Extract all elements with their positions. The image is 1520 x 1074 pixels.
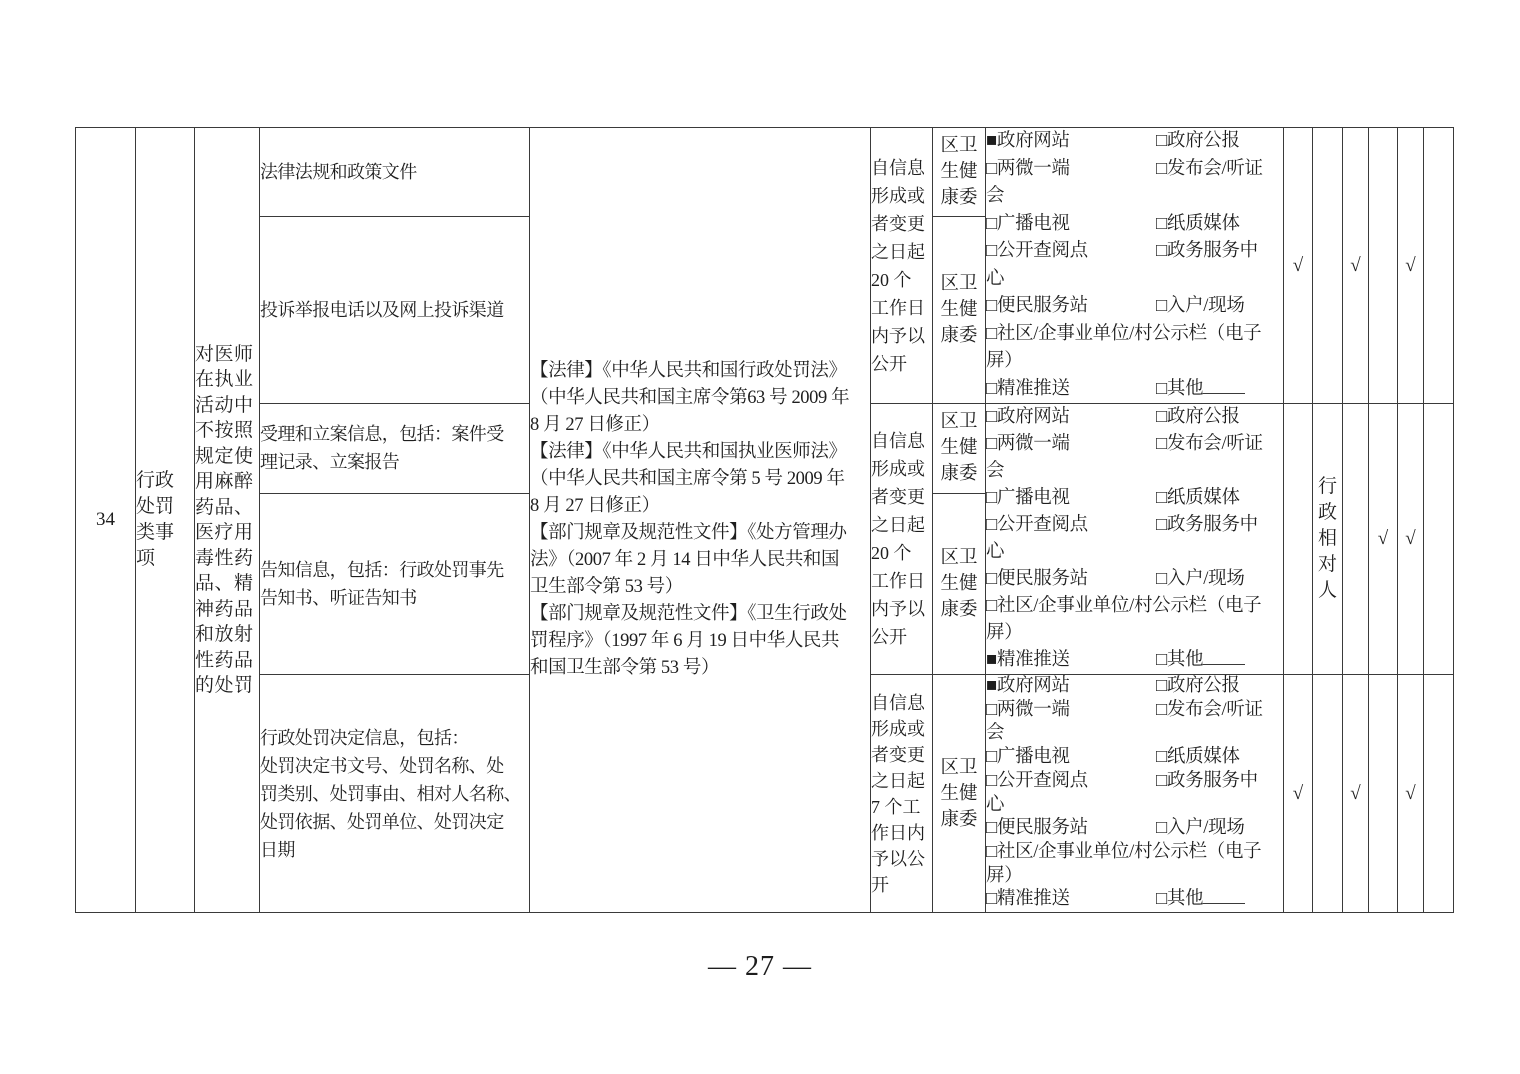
checkbox-checked-option: ■精准推送 (986, 647, 1156, 674)
text-line: 作日内 (871, 820, 932, 846)
text-line: 工作日 (871, 567, 932, 595)
text-line: 投诉举报电话以及网上投诉渠道 (260, 296, 529, 324)
page-number: — 27 — (708, 951, 812, 983)
text-line: 告知书、听证告知书 (260, 584, 529, 612)
flag-cell (1424, 404, 1454, 675)
channel-option-line: □精准推送□其他 (986, 888, 1283, 912)
text-line: 者变更 (871, 742, 932, 768)
text-line: 【法律】《中华人民共和国执业医师法》 (530, 439, 870, 466)
channel-option-line: □精准推送□其他 (986, 376, 1283, 404)
checkbox-option: □其他 (1156, 889, 1203, 909)
flag-cell (1424, 128, 1454, 404)
checkbox-option: 心 (986, 539, 1156, 566)
content-item-cell: 行政处罚决定信息，包括：处罚决定书文号、处罚名称、处罚类别、处罚事由、相对人名称… (260, 675, 530, 913)
checkbox-option: □发布会/听证 (1156, 159, 1263, 179)
checkbox-option: □政府公报 (1156, 131, 1240, 151)
text-line: 8 月 27 日修正） (530, 412, 870, 439)
channel-option-line: □便民服务站□入户/现场 (986, 566, 1283, 593)
text-line: 医疗用 (195, 520, 259, 546)
text-line: 20 个 (871, 266, 932, 294)
checkbox-option: □发布会/听证 (1156, 434, 1263, 454)
audience-cell (1313, 128, 1343, 404)
checkbox-option: □精准推送 (986, 888, 1156, 912)
text-line: 对 (1313, 552, 1342, 578)
checkbox-option: □发布会/听证 (1156, 700, 1263, 720)
checkbox-checked-option: ■政府网站 (986, 128, 1156, 156)
checkbox-option: □政府网站 (986, 404, 1156, 431)
text-line: 者变更 (871, 210, 932, 238)
channel-option-line: □社区/企事业单位/村公示栏（电子 (986, 593, 1283, 620)
text-line: 生健 (933, 571, 985, 597)
text-line: √ (1369, 526, 1397, 552)
text-line: 毒性药 (195, 546, 259, 572)
checkbox-option: 屏） (986, 348, 1156, 376)
disclosure-subject-cell: 区卫生健康委 (933, 404, 986, 494)
content-item-cell: 法律法规和政策文件 (260, 128, 530, 217)
checkbox-option: 会 (986, 458, 1156, 485)
text-line: 公开 (871, 623, 932, 651)
channel-option-line: ■精准推送□其他 (986, 647, 1283, 674)
text-line: 康委 (933, 185, 985, 211)
text-line: （中华人民共和国主席令第63 号 2009 年 (530, 385, 870, 412)
text-line: 行 (1313, 474, 1342, 500)
text-line: √ (1398, 253, 1423, 279)
text-line: 处罚依据、处罚单位、处罚决定 (260, 808, 529, 836)
channel-option-line: □广播电视□纸质媒体 (986, 211, 1283, 239)
content-item-cell: 投诉举报电话以及网上投诉渠道 (260, 216, 530, 403)
text-line: 卫生部令第 53 号） (530, 574, 870, 601)
text-line: 理记录、立案报告 (260, 448, 529, 476)
channel-option-line: □便民服务站□入户/现场 (986, 293, 1283, 321)
checkbox-option: □政务服务中 (1156, 771, 1258, 791)
text-line: 对医师 (195, 342, 259, 368)
text-line: 法》（2007 年 2 月 14 日中华人民共和国 (530, 547, 870, 574)
checkbox-option: □入户/现场 (1156, 569, 1245, 589)
text-line: 不按照 (195, 418, 259, 444)
checkbox-option: □公开查阅点 (986, 238, 1156, 266)
flag-cell (1343, 404, 1369, 675)
text-line: 神药品 (195, 597, 259, 623)
text-line: 公开 (871, 350, 932, 378)
text-line: 【部门规章及规范性文件】《处方管理办 (530, 520, 870, 547)
matter-description-cell: 对医师在执业活动中不按照规定使用麻醉药品、医疗用毒性药品、精神药品和放射性药品的… (195, 128, 260, 913)
flag-cell (1369, 675, 1398, 913)
text-line: 政 (1313, 500, 1342, 526)
flag-cell (1424, 675, 1454, 913)
text-line: 开 (871, 872, 932, 898)
channel-option-line: □公开查阅点□政务服务中 (986, 238, 1283, 266)
text-line: 予以公 (871, 846, 932, 872)
text-line: 相 (1313, 526, 1342, 552)
audience-cell (1313, 675, 1343, 913)
channel-option-line: □广播电视□纸质媒体 (986, 746, 1283, 770)
text-line: 行政 (136, 468, 194, 494)
text-line: 类事 (136, 520, 194, 546)
checkbox-option: 会 (986, 722, 1156, 746)
channel-option-line: □广播电视□纸质媒体 (986, 485, 1283, 512)
text-line: 日期 (260, 836, 529, 864)
checkbox-option: □精准推送 (986, 376, 1156, 404)
text-line: 生健 (933, 297, 985, 323)
flag-cell: √ (1343, 675, 1369, 913)
text-line: 项 (136, 546, 194, 572)
checkbox-option: □公开查阅点 (986, 770, 1156, 794)
text-line: 和国卫生部令第 53 号） (530, 655, 870, 682)
text-line: √ (1398, 781, 1423, 807)
text-line: 性药品 (195, 648, 259, 674)
checkbox-option: □广播电视 (986, 746, 1156, 770)
flag-cell: √ (1398, 404, 1424, 675)
text-line: 形成或 (871, 716, 932, 742)
blank-underline (1203, 379, 1245, 394)
text-line: 人 (1313, 578, 1342, 604)
checkbox-option: □便民服务站 (986, 817, 1156, 841)
channel-option-line: ■政府网站□政府公报 (986, 675, 1283, 699)
text-line: 者变更 (871, 483, 932, 511)
text-line: 8 月 27 日修正） (530, 493, 870, 520)
text-line: 用麻醉 (195, 469, 259, 495)
text-line: 自信息 (871, 690, 932, 716)
disclosure-subject-cell: 区卫生健康委 (933, 675, 986, 913)
disclosure-catalog-table: 34 行政处罚类事项 对医师在执业活动中不按照规定使用麻醉药品、医疗用毒性药品、… (75, 127, 1454, 913)
blank-underline (1203, 650, 1245, 665)
text-line: √ (1284, 781, 1312, 807)
text-line: 罚程序》（1997 年 6 月 19 日中华人民共 (530, 628, 870, 655)
text-line: 自信息 (871, 154, 932, 182)
checkbox-option: □政务服务中 (1156, 241, 1258, 261)
text-line: （中华人民共和国主席令第 5 号 2009 年 (530, 466, 870, 493)
channel-option-line: □便民服务站□入户/现场 (986, 817, 1283, 841)
time-limit-cell: 自信息形成或者变更之日起20 个工作日内予以公开 (871, 128, 933, 404)
disclosure-subject-cell: 区卫生健康委 (933, 128, 986, 217)
text-line: 之日起 (871, 238, 932, 266)
legal-basis-cell: 【法律】《中华人民共和国行政处罚法》（中华人民共和国主席令第63 号 2009 … (530, 128, 871, 913)
text-line: 在执业 (195, 367, 259, 393)
audience-cell: 行政相对人 (1313, 404, 1343, 675)
time-limit-cell: 自信息形成或者变更之日起7 个工作日内予以公开 (871, 675, 933, 913)
text-line: √ (1343, 781, 1368, 807)
channel-option-line: 会 (986, 458, 1283, 485)
channel-option-line: 心 (986, 794, 1283, 818)
checkbox-option: □其他 (1156, 379, 1203, 399)
channel-option-line: □社区/企事业单位/村公示栏（电子 (986, 321, 1283, 349)
checkbox-option: 屏） (986, 620, 1156, 647)
checkbox-option: □纸质媒体 (1156, 488, 1240, 508)
text-line: 区卫 (933, 755, 985, 781)
text-line: 内予以 (871, 595, 932, 623)
text-line: √ (1284, 253, 1312, 279)
checkbox-option: □纸质媒体 (1156, 747, 1240, 767)
content-item-cell: 受理和立案信息，包括：案件受理记录、立案报告 (260, 404, 530, 494)
channels-cell: ■政府网站□政府公报□两微一端□发布会/听证会□广播电视□纸质媒体□公开查阅点□… (986, 675, 1284, 913)
flag-cell: √ (1343, 128, 1369, 404)
channel-option-line: 屏） (986, 865, 1283, 889)
channel-option-line: 会 (986, 722, 1283, 746)
checkbox-option: □两微一端 (986, 156, 1156, 184)
text-line: 康委 (933, 807, 985, 833)
text-line: 生健 (933, 159, 985, 185)
text-line: 之日起 (871, 768, 932, 794)
checkbox-option: 心 (986, 266, 1156, 294)
text-line: 行政处罚决定信息，包括： (260, 724, 529, 752)
time-limit-cell: 自信息形成或者变更之日起20 个工作日内予以公开 (871, 404, 933, 675)
flag-cell (1369, 128, 1398, 404)
text-line: 规定使 (195, 444, 259, 470)
text-line: √ (1398, 526, 1423, 552)
checkbox-option: □便民服务站 (986, 293, 1156, 321)
checkbox-option: □政务服务中 (1156, 515, 1258, 535)
text-line: 受理和立案信息，包括：案件受 (260, 420, 529, 448)
flag-cell: √ (1398, 128, 1424, 404)
checkbox-option: □其他 (1156, 650, 1203, 670)
text-line: 7 个工 (871, 794, 932, 820)
text-line: 药品、 (195, 495, 259, 521)
category-cell: 行政处罚类事项 (136, 128, 195, 913)
channel-option-line: □两微一端□发布会/听证 (986, 699, 1283, 723)
disclosure-subject-cell: 区卫生健康委 (933, 493, 986, 674)
checkbox-option: □入户/现场 (1156, 818, 1245, 838)
checkbox-option: 会 (986, 183, 1156, 211)
text-line: 处罚决定书文号、处罚名称、处 (260, 752, 529, 780)
channel-option-line: □两微一端□发布会/听证 (986, 431, 1283, 458)
text-line: 生健 (933, 435, 985, 461)
text-line: 形成或 (871, 455, 932, 483)
checkbox-option: 屏） (986, 865, 1156, 889)
text-line: 生健 (933, 781, 985, 807)
channel-option-line: 心 (986, 266, 1283, 294)
checkbox-option: □广播电视 (986, 485, 1156, 512)
text-line: 工作日 (871, 294, 932, 322)
channels-cell: ■政府网站□政府公报□两微一端□发布会/听证会□广播电视□纸质媒体□公开查阅点□… (986, 128, 1284, 404)
text-line: √ (1343, 253, 1368, 279)
checkbox-option: □社区/企事业单位/村公示栏（电子 (986, 593, 1156, 620)
text-line: 康委 (933, 597, 985, 623)
text-line: 自信息 (871, 427, 932, 455)
text-line: 【法律】《中华人民共和国行政处罚法》 (530, 358, 870, 385)
text-line: 活动中 (195, 393, 259, 419)
text-line: 康委 (933, 461, 985, 487)
text-line: 区卫 (933, 409, 985, 435)
text-line: 品、精 (195, 571, 259, 597)
flag-cell (1284, 404, 1313, 675)
checkbox-option: □社区/企事业单位/村公示栏（电子 (986, 321, 1156, 349)
text-line: 告知信息，包括：行政处罚事先 (260, 556, 529, 584)
checkbox-option: □纸质媒体 (1156, 214, 1240, 234)
channel-option-line: 屏） (986, 348, 1283, 376)
flag-cell: √ (1284, 675, 1313, 913)
text-line: 康委 (933, 323, 985, 349)
flag-cell: √ (1284, 128, 1313, 404)
channels-cell: □政府网站□政府公报□两微一端□发布会/听证会□广播电视□纸质媒体□公开查阅点□… (986, 404, 1284, 675)
text-line: 和放射 (195, 622, 259, 648)
checkbox-option: □政府公报 (1156, 676, 1240, 696)
disclosure-subject-cell: 区卫生健康委 (933, 216, 986, 403)
channel-option-line: 屏） (986, 620, 1283, 647)
flag-cell: √ (1369, 404, 1398, 675)
text-line: 区卫 (933, 545, 985, 571)
flag-cell: √ (1398, 675, 1424, 913)
channel-option-line: □两微一端□发布会/听证 (986, 156, 1283, 184)
checkbox-checked-option: ■政府网站 (986, 675, 1156, 699)
text-line: 之日起 (871, 511, 932, 539)
text-line: 区卫 (933, 133, 985, 159)
content-item-cell: 告知信息，包括：行政处罚事先告知书、听证告知书 (260, 493, 530, 674)
checkbox-option: □广播电视 (986, 211, 1156, 239)
checkbox-option: □公开查阅点 (986, 512, 1156, 539)
channel-option-line: □社区/企事业单位/村公示栏（电子 (986, 841, 1283, 865)
text-line: 罚类别、处罚事由、相对人名称、 (260, 780, 529, 808)
checkbox-option: 心 (986, 794, 1156, 818)
text-line: 处罚 (136, 494, 194, 520)
channel-option-line: 会 (986, 183, 1283, 211)
checkbox-option: □两微一端 (986, 699, 1156, 723)
text-line: 法律法规和政策文件 (260, 158, 529, 186)
checkbox-option: □社区/企事业单位/村公示栏（电子 (986, 841, 1156, 865)
channel-option-line: □公开查阅点□政务服务中 (986, 770, 1283, 794)
checkbox-option: □便民服务站 (986, 566, 1156, 593)
text-line: 内予以 (871, 322, 932, 350)
channel-option-line: ■政府网站□政府公报 (986, 128, 1283, 156)
text-line: 形成或 (871, 182, 932, 210)
text-line: 的处罚 (195, 673, 259, 699)
channel-option-line: 心 (986, 539, 1283, 566)
checkbox-option: □入户/现场 (1156, 296, 1245, 316)
blank-underline (1203, 889, 1245, 904)
text-line: 区卫 (933, 271, 985, 297)
checkbox-option: □政府公报 (1156, 407, 1240, 427)
serial-number-cell: 34 (76, 128, 136, 913)
text-line: 【部门规章及规范性文件】《卫生行政处 (530, 601, 870, 628)
channel-option-line: □政府网站□政府公报 (986, 404, 1283, 431)
text-line: 20 个 (871, 539, 932, 567)
checkbox-option: □两微一端 (986, 431, 1156, 458)
channel-option-line: □公开查阅点□政务服务中 (986, 512, 1283, 539)
